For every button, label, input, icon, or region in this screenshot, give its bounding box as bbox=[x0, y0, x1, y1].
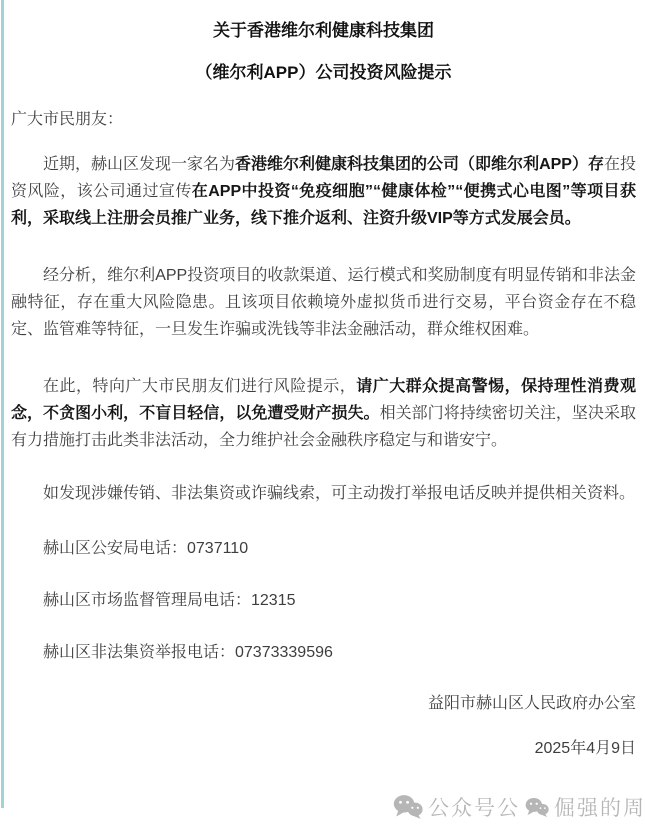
paragraph-segment: 近期，赫山区发现一家名为 bbox=[43, 156, 235, 173]
hotline-line: 赫山区公安局电话：0737110 bbox=[11, 535, 636, 562]
doc-title-line2: （维尔利APP）公司投资风险提示 bbox=[11, 61, 636, 85]
hotline-list: 赫山区公安局电话：0737110赫山区市场监督管理局电话：12315赫山区非法集… bbox=[11, 535, 636, 666]
paragraph-bold-segment: 香港维尔利健康科技集团的公司（即维尔利APP）存 bbox=[235, 156, 604, 173]
wechat-icon bbox=[525, 797, 549, 818]
signature: 益阳市赫山区人民政府办公室 bbox=[11, 690, 636, 717]
paragraph-segment: 如发现涉嫌传销、非法集资或诈骗线索，可主动拨打举报电话反映并提供相关资料。 bbox=[43, 485, 635, 502]
doc-title-line1: 关于香港维尔利健康科技集团 bbox=[11, 19, 636, 43]
paragraph: 在此，特向广大市民朋友们进行风险提示，请广大群众提高警惕，保持理性消费观念，不贪… bbox=[11, 373, 636, 454]
paragraph: 如发现涉嫌传销、非法集资或诈骗线索，可主动拨打举报电话反映并提供相关资料。 bbox=[11, 480, 636, 507]
hotline-line: 赫山区非法集资举报电话：07373339596 bbox=[11, 639, 636, 666]
wechat-icon bbox=[393, 794, 423, 820]
notice-page: 关于香港维尔利健康科技集团 （维尔利APP）公司投资风险提示 广大市民朋友： 近… bbox=[0, 0, 645, 831]
paragraph-segment: 在此，特向广大市民朋友们进行风险提示， bbox=[43, 378, 356, 395]
doc-date: 2025年4月9日 bbox=[11, 735, 636, 762]
watermark: 公众号公 倔强的周哥盘点 bbox=[393, 792, 645, 822]
watermark-text-a: 公众号公 bbox=[428, 792, 520, 822]
watermark-text-b: 倔强的周哥盘点 bbox=[554, 792, 645, 822]
body-paragraphs: 近期，赫山区发现一家名为香港维尔利健康科技集团的公司（即维尔利APP）存在投资风… bbox=[11, 151, 636, 507]
paragraph: 近期，赫山区发现一家名为香港维尔利健康科技集团的公司（即维尔利APP）存在投资风… bbox=[11, 151, 636, 232]
notice-content: 关于香港维尔利健康科技集团 （维尔利APP）公司投资风险提示 广大市民朋友： 近… bbox=[0, 0, 645, 762]
salutation: 广大市民朋友： bbox=[11, 106, 636, 133]
hotline-line: 赫山区市场监督管理局电话：12315 bbox=[11, 587, 636, 614]
paragraph: 经分析，维尔利APP投资项目的收款渠道、运行模式和奖励制度有明显传销和非法金融特… bbox=[11, 262, 636, 343]
paragraph-segment: 经分析，维尔利APP投资项目的收款渠道、运行模式和奖励制度有明显传销和非法金融特… bbox=[11, 267, 636, 338]
